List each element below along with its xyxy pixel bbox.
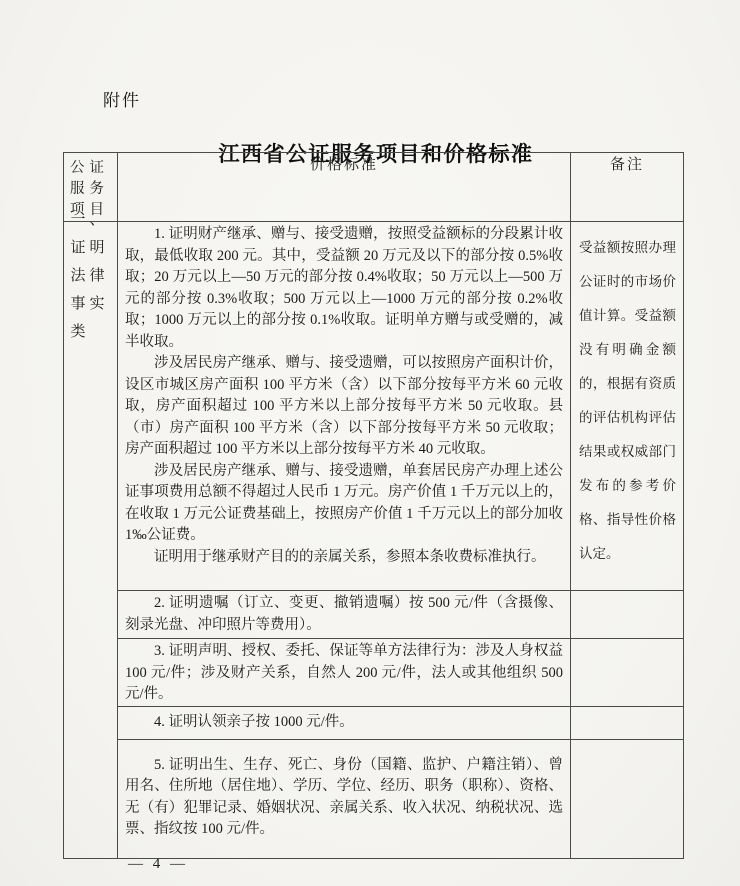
header-cell-remark: 备注 <box>571 153 684 222</box>
price-cell-item-2: 2. 证明遗嘱（订立、变更、撤销遗嘱）按 500 元/件（含摄像、刻录光盘、冲印… <box>118 591 571 639</box>
remark-cell-item-2 <box>571 591 684 639</box>
category-label: 一、证明法律事实类 <box>71 206 111 346</box>
table-header-row: 公证服务项目 价格标准 备注 <box>64 153 684 222</box>
table-row: 3. 证明声明、授权、委托、保证等单方法律行为：涉及人身权益 100 元/件；涉… <box>64 639 684 707</box>
header-cell-price-standard: 价格标准 <box>118 153 571 222</box>
price-paragraph: 1. 证明财产继承、赠与、接受遗赠，按照受益额标的分段累计收取，最低收取 200… <box>125 224 563 353</box>
category-cell-legal-facts: 一、证明法律事实类 <box>64 222 118 859</box>
remark-cell-item-1: 受益额按照办理公证时的市场价值计算。受益额没有明确金额的，根据有资质的评估机构评… <box>571 222 684 591</box>
remark-cell-item-5 <box>571 739 684 858</box>
price-table: 公证服务项目 价格标准 备注 一、证明法律事实类 1. 证明财产继承、赠与、接受… <box>63 152 684 859</box>
price-paragraph: 证明用于继承财产目的的亲属关系，参照本条收费标准执行。 <box>125 547 563 569</box>
price-paragraph: 3. 证明声明、授权、委托、保证等单方法律行为：涉及人身权益 100 元/件；涉… <box>125 641 563 706</box>
table-row: 一、证明法律事实类 1. 证明财产继承、赠与、接受遗赠，按照受益额标的分段累计收… <box>64 222 684 591</box>
table-row: 2. 证明遗嘱（订立、变更、撤销遗嘱）按 500 元/件（含摄像、刻录光盘、冲印… <box>64 591 684 639</box>
remark-cell-item-4 <box>571 706 684 739</box>
price-paragraph: 4. 证明认领亲子按 1000 元/件。 <box>125 712 563 734</box>
price-paragraph: 涉及居民房产继承、赠与、接受遗赠，单套居民房产办理上述公证事项费用总额不得超过人… <box>125 461 563 547</box>
scanned-document-page: 附件 江西省公证服务项目和价格标准 公证服务项目 价格标准 备注 一、证明法律事… <box>0 0 740 886</box>
price-cell-item-5: 5. 证明出生、生存、死亡、身份（国籍、监护、户籍注销）、曾用名、住所地（居住地… <box>118 739 571 858</box>
price-cell-item-4: 4. 证明认领亲子按 1000 元/件。 <box>118 706 571 739</box>
price-paragraph: 2. 证明遗嘱（订立、变更、撤销遗嘱）按 500 元/件（含摄像、刻录光盘、冲印… <box>125 593 563 636</box>
table-row: 4. 证明认领亲子按 1000 元/件。 <box>64 706 684 739</box>
price-cell-item-1: 1. 证明财产继承、赠与、接受遗赠，按照受益额标的分段累计收取，最低收取 200… <box>118 222 571 591</box>
attachment-label: 附件 <box>103 86 141 111</box>
price-paragraph: 涉及居民房产继承、赠与、接受遗赠，可以按照房产面积计价，设区市城区房产面积 10… <box>125 353 563 461</box>
table-row: 5. 证明出生、生存、死亡、身份（国籍、监护、户籍注销）、曾用名、住所地（居住地… <box>64 739 684 858</box>
price-paragraph: 5. 证明出生、生存、死亡、身份（国籍、监护、户籍注销）、曾用名、住所地（居住地… <box>125 755 563 841</box>
price-cell-item-3: 3. 证明声明、授权、委托、保证等单方法律行为：涉及人身权益 100 元/件；涉… <box>118 639 571 707</box>
page-number: — 4 — <box>128 856 188 873</box>
remark-cell-item-3 <box>571 639 684 707</box>
